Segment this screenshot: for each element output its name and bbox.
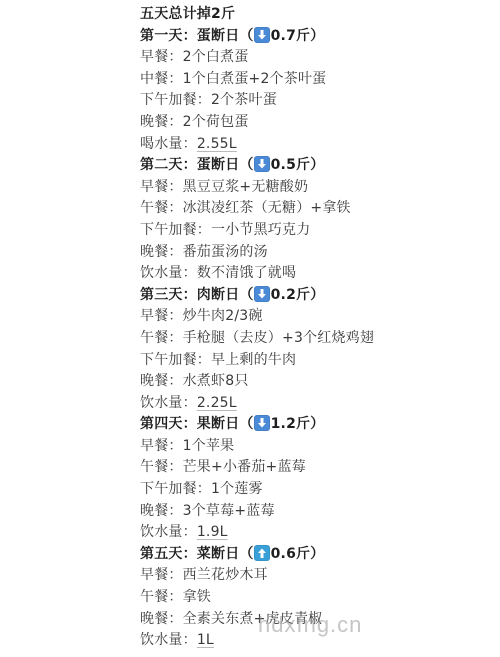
water-amount-link[interactable]: 1L: [197, 632, 214, 648]
diet-note: 五天总计掉2斤 第一天：蛋断日（0.7斤） 早餐：2个白煮蛋 中餐：1个白煮蛋+…: [140, 4, 480, 652]
water-entry: 饮水量：数不清饿了就喝: [140, 263, 480, 285]
weight-change: 0.7斤）: [271, 28, 325, 44]
day-heading-text: 第一天：蛋断日（: [140, 28, 254, 44]
meal-label: 下午加餐：: [140, 481, 211, 497]
meal-entry: 下午加餐：1个莲雾: [140, 479, 480, 501]
water-amount-link[interactable]: 2.55L: [197, 136, 237, 152]
meal-entry: 午餐：手枪腿（去皮）+3个红烧鸡翅: [140, 328, 480, 350]
day-4-heading: 第四天：果断日（1.2斤）: [140, 414, 480, 436]
meal-entry: 晚餐：全素关东煮+虎皮青椒: [140, 609, 480, 631]
meal-label: 晚餐：: [140, 114, 183, 130]
down-arrow-icon: [254, 156, 270, 172]
meal-label: 早餐：: [140, 179, 183, 195]
meal-label: 晚餐：: [140, 373, 183, 389]
down-arrow-icon: [254, 286, 270, 302]
day-heading-text: 第五天：菜断日（: [140, 546, 254, 562]
day-1-heading: 第一天：蛋断日（0.7斤）: [140, 26, 480, 48]
meal-value: 早上剩的牛肉: [211, 352, 296, 368]
meal-label: 下午加餐：: [140, 92, 211, 108]
meal-label: 中餐：: [140, 71, 183, 87]
weight-change: 0.5斤）: [271, 157, 325, 173]
summary-title: 五天总计掉2斤: [140, 4, 480, 26]
meal-label: 晚餐：: [140, 244, 183, 260]
meal-entry: 下午加餐：一小节黑巧克力: [140, 220, 480, 242]
up-arrow-icon: [254, 545, 270, 561]
meal-label: 下午加餐：: [140, 352, 211, 368]
day-5-heading: 第五天：菜断日（0.6斤）: [140, 544, 480, 566]
day-heading-text: 第二天：蛋断日（: [140, 157, 254, 173]
day-2-heading: 第二天：蛋断日（0.5斤）: [140, 155, 480, 177]
meal-value: 黑豆豆浆+无糖酸奶: [183, 179, 309, 195]
weight-change: 0.6斤）: [271, 546, 325, 562]
meal-value: 手枪腿（去皮）+3个红烧鸡翅: [183, 330, 374, 346]
meal-value: 全素关东煮+虎皮青椒: [183, 611, 323, 627]
meal-entry: 午餐：芒果+小番茄+蓝莓: [140, 457, 480, 479]
water-label: 饮水量：: [140, 395, 197, 411]
down-arrow-icon: [254, 415, 270, 431]
meal-label: 早餐：: [140, 49, 183, 65]
meal-label: 早餐：: [140, 567, 183, 583]
meal-value: 番茄蛋汤的汤: [183, 244, 268, 260]
day-heading-text: 第三天：肉断日（: [140, 287, 254, 303]
meal-value: 炒牛肉2/3碗: [183, 308, 263, 324]
meal-entry: 晚餐：番茄蛋汤的汤: [140, 242, 480, 264]
water-label: 饮水量：: [140, 265, 197, 281]
water-entry: 喝水量：2.55L: [140, 134, 480, 156]
meal-label: 晚餐：: [140, 503, 183, 519]
day-heading-text: 第四天：果断日（: [140, 416, 254, 432]
water-label: 饮水量：: [140, 632, 197, 648]
meal-label: 午餐：: [140, 589, 183, 605]
water-entry: 饮水量：1L: [140, 630, 480, 652]
meal-value: 拿铁: [183, 589, 211, 605]
meal-label: 晚餐：: [140, 611, 183, 627]
meal-label: 午餐：: [140, 459, 183, 475]
water-entry: 饮水量：1.9L: [140, 522, 480, 544]
weight-change: 1.2斤）: [271, 416, 325, 432]
meal-value: 3个草莓+蓝莓: [183, 503, 275, 519]
meal-entry: 晚餐：2个荷包蛋: [140, 112, 480, 134]
water-amount: 数不清饿了就喝: [197, 265, 296, 281]
meal-value: 1个白煮蛋+2个茶叶蛋: [183, 71, 327, 87]
meal-label: 下午加餐：: [140, 222, 211, 238]
meal-label: 早餐：: [140, 438, 183, 454]
meal-label: 午餐：: [140, 330, 183, 346]
meal-entry: 早餐：黑豆豆浆+无糖酸奶: [140, 177, 480, 199]
meal-value: 冰淇凌红茶（无糖）+拿铁: [183, 200, 351, 216]
water-label: 饮水量：: [140, 524, 197, 540]
meal-entry: 早餐：2个白煮蛋: [140, 47, 480, 69]
meal-value: 2个茶叶蛋: [211, 92, 277, 108]
water-amount-link[interactable]: 2.25L: [197, 395, 237, 411]
meal-value: 2个荷包蛋: [183, 114, 249, 130]
meal-value: 2个白煮蛋: [183, 49, 249, 65]
meal-value: 芒果+小番茄+蓝莓: [183, 459, 306, 475]
meal-entry: 午餐：拿铁: [140, 587, 480, 609]
meal-value: 一小节黑巧克力: [211, 222, 310, 238]
meal-value: 水煮虾8只: [183, 373, 249, 389]
meal-value: 1个苹果: [183, 438, 235, 454]
water-label: 喝水量：: [140, 136, 197, 152]
weight-change: 0.2斤）: [271, 287, 325, 303]
meal-entry: 中餐：1个白煮蛋+2个茶叶蛋: [140, 69, 480, 91]
water-amount-link[interactable]: 1.9L: [197, 524, 228, 540]
day-3-heading: 第三天：肉断日（0.2斤）: [140, 285, 480, 307]
down-arrow-icon: [254, 27, 270, 43]
meal-entry: 早餐：西兰花炒木耳: [140, 565, 480, 587]
meal-value: 西兰花炒木耳: [183, 567, 268, 583]
meal-label: 午餐：: [140, 200, 183, 216]
water-entry: 饮水量：2.25L: [140, 393, 480, 415]
meal-label: 早餐：: [140, 308, 183, 324]
meal-entry: 下午加餐：早上剩的牛肉: [140, 350, 480, 372]
meal-entry: 晚餐：3个草莓+蓝莓: [140, 501, 480, 523]
meal-entry: 晚餐：水煮虾8只: [140, 371, 480, 393]
meal-entry: 午餐：冰淇凌红茶（无糖）+拿铁: [140, 198, 480, 220]
meal-entry: 早餐：炒牛肉2/3碗: [140, 306, 480, 328]
meal-value: 1个莲雾: [211, 481, 263, 497]
meal-entry: 早餐：1个苹果: [140, 436, 480, 458]
meal-entry: 下午加餐：2个茶叶蛋: [140, 90, 480, 112]
